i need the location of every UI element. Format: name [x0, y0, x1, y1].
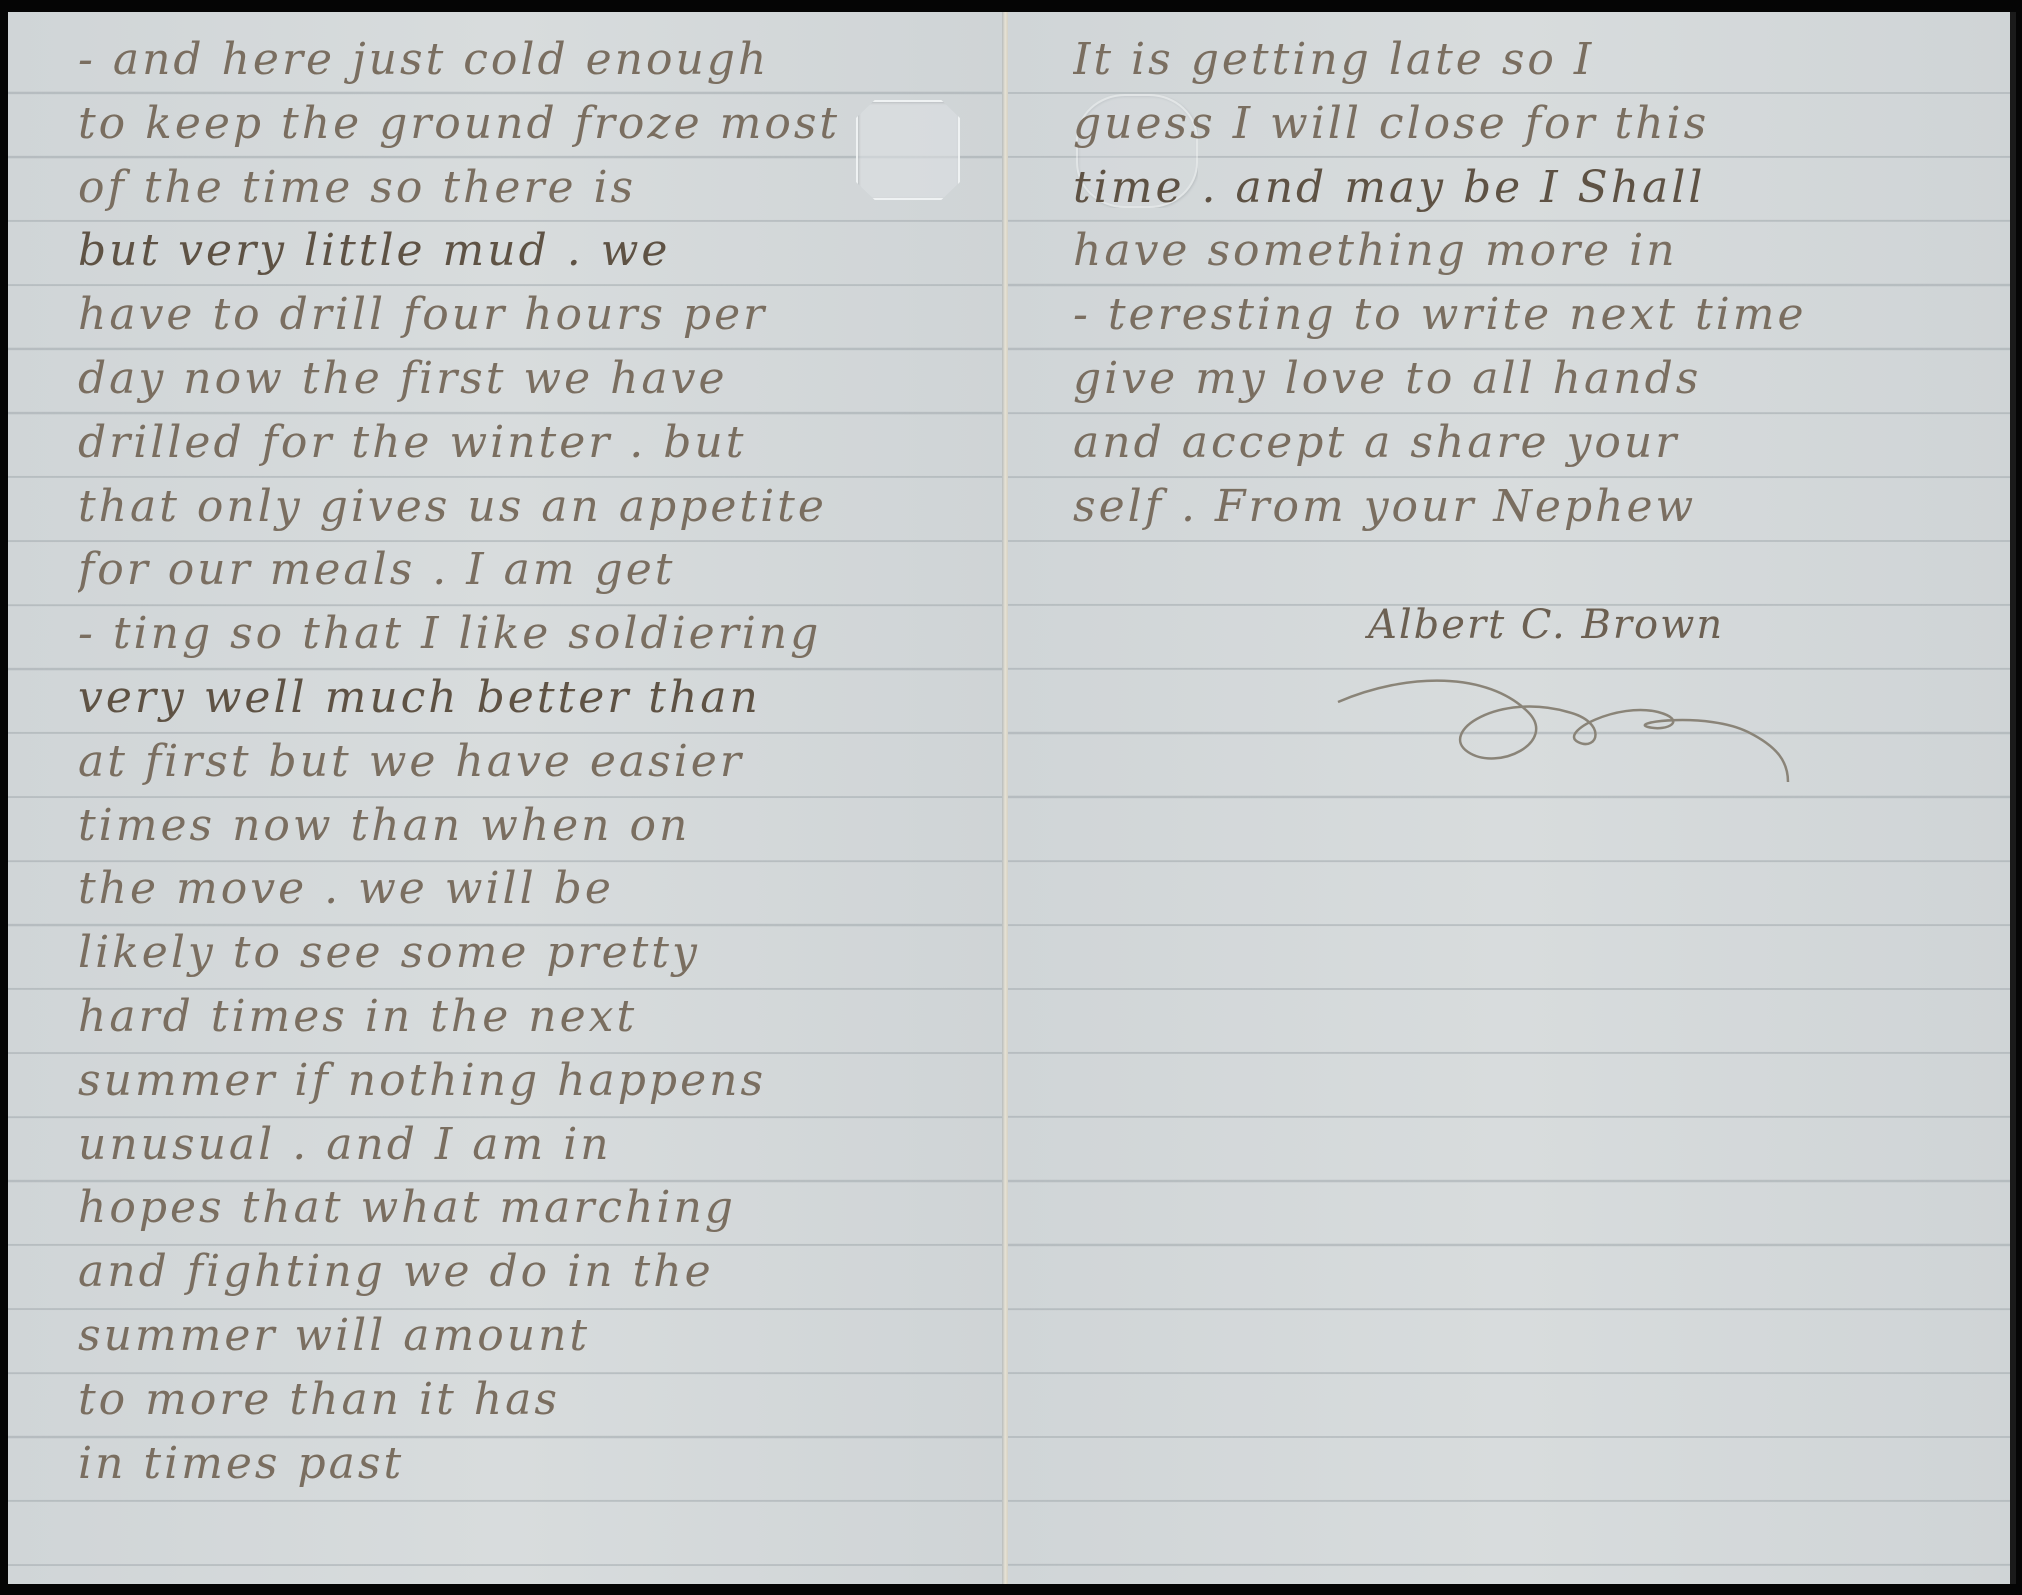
- scan-edge: [2010, 12, 2016, 1584]
- text-line: hopes that what marching: [78, 1176, 998, 1240]
- signature-flourish-icon: [1328, 672, 1808, 792]
- text-line: It is getting late so I: [1073, 28, 2003, 92]
- right-page: It is getting late so I guess I will clo…: [1008, 12, 2016, 1584]
- left-page-text: - and here just cold enough to keep the …: [78, 28, 998, 1495]
- letter-scan: - and here just cold enough to keep the …: [8, 12, 2016, 1584]
- text-line: very well much better than: [78, 666, 998, 730]
- right-page-text: It is getting late so I guess I will clo…: [1073, 28, 2003, 538]
- text-line: of the time so there is: [78, 156, 998, 220]
- text-line: at first but we have easier: [78, 730, 998, 794]
- text-line: guess I will close for this: [1073, 92, 2003, 156]
- text-line: have something more in: [1073, 219, 2003, 283]
- text-line: time . and may be I Shall: [1073, 156, 2003, 220]
- text-line: have to drill four hours per: [78, 283, 998, 347]
- text-line: hard times in the next: [78, 985, 998, 1049]
- text-line: give my love to all hands: [1073, 347, 2003, 411]
- text-line: summer if nothing happens: [78, 1049, 998, 1113]
- text-line: to keep the ground froze most: [78, 92, 998, 156]
- text-line: - ting so that I like soldiering: [78, 602, 998, 666]
- text-line: for our meals . I am get: [78, 538, 998, 602]
- text-line: but very little mud . we: [78, 219, 998, 283]
- text-line: the move . we will be: [78, 857, 998, 921]
- text-line: unusual . and I am in: [78, 1113, 998, 1177]
- text-line: - and here just cold enough: [78, 28, 998, 92]
- text-line: and fighting we do in the: [78, 1240, 998, 1304]
- text-line: likely to see some pretty: [78, 921, 998, 985]
- text-line: - teresting to write next time: [1073, 283, 2003, 347]
- text-line: self . From your Nephew: [1073, 475, 2003, 539]
- text-line: and accept a share your: [1073, 411, 2003, 475]
- signature: Albert C. Brown: [1368, 602, 1724, 648]
- text-line: in times past: [78, 1432, 998, 1496]
- text-line: times now than when on: [78, 794, 998, 858]
- left-page: - and here just cold enough to keep the …: [8, 12, 1004, 1584]
- text-line: summer will amount: [78, 1304, 998, 1368]
- text-line: drilled for the winter . but: [78, 411, 998, 475]
- text-line: that only gives us an appetite: [78, 475, 998, 539]
- text-line: to more than it has: [78, 1368, 998, 1432]
- text-line: day now the first we have: [78, 347, 998, 411]
